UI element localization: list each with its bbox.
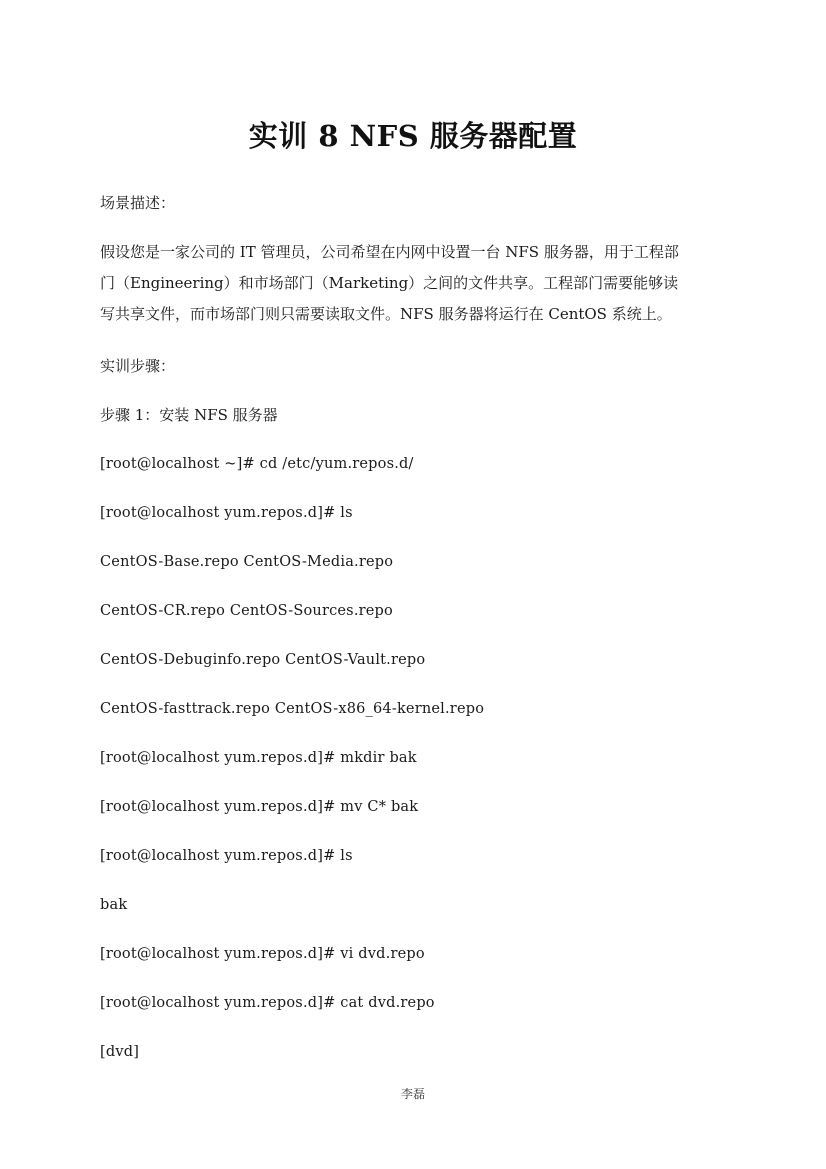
terminal-line: [root@localhost ~]# cd /etc/yum.repos.d/ [100, 454, 414, 474]
step1-heading: 步骤 1：安装 NFS 服务器 [100, 405, 278, 425]
steps-label: 实训步骤： [100, 356, 175, 376]
page-footer-author: 李磊 [0, 1086, 826, 1102]
terminal-line: [root@localhost yum.repos.d]# vi dvd.rep… [100, 944, 425, 964]
terminal-line: CentOS-Base.repo CentOS-Media.repo [100, 552, 393, 572]
terminal-line: [root@localhost yum.repos.d]# mkdir bak [100, 748, 417, 768]
terminal-line: [dvd] [100, 1042, 139, 1062]
terminal-line: [root@localhost yum.repos.d]# mv C* bak [100, 797, 418, 817]
document-page: 实训 8 NFS 服务器配置 场景描述： 假设您是一家公司的 IT 管理员，公司… [0, 0, 826, 1169]
terminal-line: [root@localhost yum.repos.d]# ls [100, 846, 353, 866]
terminal-line: bak [100, 895, 127, 915]
scene-label: 场景描述： [100, 193, 175, 213]
scene-paragraph-line: 假设您是一家公司的 IT 管理员，公司希望在内网中设置一台 NFS 服务器，用于… [100, 242, 730, 262]
terminal-line: CentOS-Debuginfo.repo CentOS-Vault.repo [100, 650, 425, 670]
terminal-line: CentOS-fasttrack.repo CentOS-x86_64-kern… [100, 699, 484, 719]
terminal-line: [root@localhost yum.repos.d]# ls [100, 503, 353, 523]
scene-paragraph-line: 门（Engineering）和市场部门（Marketing）之间的文件共享。工程… [100, 273, 730, 293]
terminal-line: CentOS-CR.repo CentOS-Sources.repo [100, 601, 393, 621]
document-title: 实训 8 NFS 服务器配置 [0, 116, 826, 156]
terminal-line: [root@localhost yum.repos.d]# cat dvd.re… [100, 993, 435, 1013]
scene-paragraph-line: 写共享文件，而市场部门则只需要读取文件。NFS 服务器将运行在 CentOS 系… [100, 304, 730, 324]
